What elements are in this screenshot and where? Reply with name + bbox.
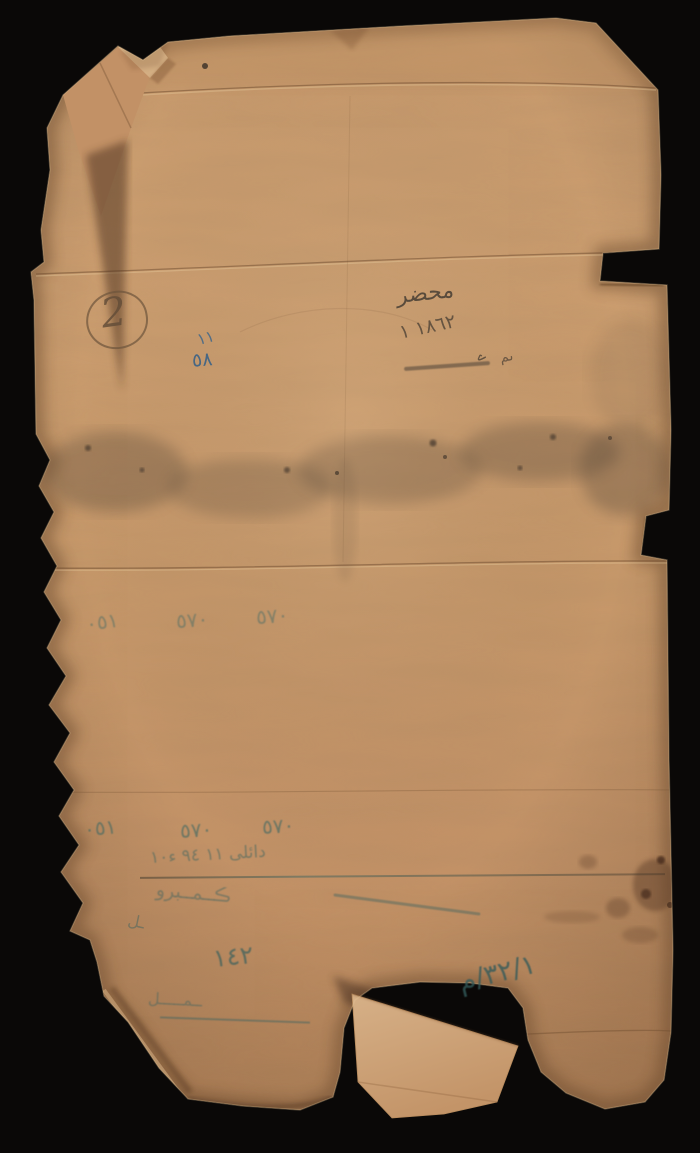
faint-numeral-group: ٥٧٠ [175,607,209,634]
pencil-inscription-flourish: ىم [499,348,515,366]
archival-photograph: 2 ١١ ٥٨ محضر ١٨٦٢ ١ ے ىم ٠٥١ ٥٧٠ ٥٧٠ ٠٥١… [0,0,700,1153]
faint-numeral-group: ٠٥١ [84,608,119,636]
teal-scribble: ــمـــــل [148,989,203,1011]
teal-script-underline [140,873,665,879]
teal-scribble-underline [160,1016,310,1023]
pencil-inscription-line: ١٨٦٢ ١ [397,310,457,343]
blue-ink-numeral: ١١ [195,326,217,349]
teal-script-line: دائلى ١١ ٩٤ ء١٠ [150,842,267,868]
teal-date-mark: ٣٢/١/م [455,949,539,998]
faint-numeral-group: ٠٥١ [83,814,118,841]
faint-numeral-group: ٥٧٠ [255,603,289,630]
teal-script-squiggle: ڪــمــبرو [155,879,232,907]
handwritten-marks-layer: 2 ١١ ٥٨ محضر ١٨٦٢ ١ ے ىم ٠٥١ ٥٧٠ ٥٧٠ ٠٥١… [0,0,700,1153]
teal-numeral: ١٤٢ [212,940,255,973]
faint-numeral-group: ٥٧٠ [179,817,213,843]
blue-ink-numeral: ٥٨ [191,348,213,372]
teal-script-mark: ـل [126,910,146,932]
pencil-inscription-line: محضر [397,278,454,309]
pencil-underline-stroke [404,361,490,370]
faint-numeral-group: ٥٧٠ [261,813,295,839]
teal-script-stroke [333,893,480,915]
